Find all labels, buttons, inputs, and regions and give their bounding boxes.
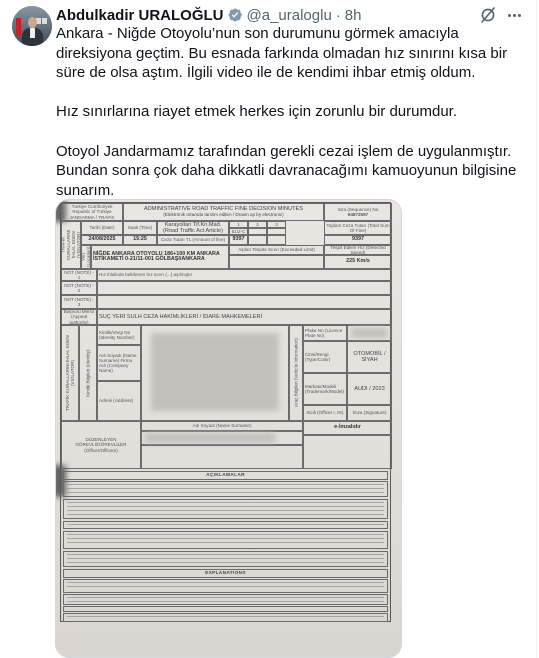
total-label: Toplam Ceza Tutarı (Total Sum Of Fine) (324, 221, 392, 235)
type-value: OTOMOBİL / SİYAH (347, 341, 392, 373)
tweet-paragraph: Ankara - Niğde Otoyolu’nun son durumunu … (56, 24, 526, 83)
fine-form: Türkiye CumhuriyetiRepublic of TürkiyeJA… (60, 202, 391, 622)
document-paper: Türkiye CumhuriyetiRepublic of TürkiyeJA… (56, 200, 401, 657)
note1-value: Hız ihlalinde belirlenen hız sınırı (...… (97, 269, 392, 281)
date-label: Tarihi (Date) (81, 221, 123, 235)
officer-label: DÜZENLEYEN GÖREVLİ/GÖREVLİLER (Officer/O… (61, 421, 141, 469)
note3-label: NOT (NOTE) - 3 (61, 295, 97, 309)
flag-shape (16, 18, 21, 36)
vehicle-section-label: Araç Bilgileri (Vehicle Information) (289, 325, 303, 421)
brand-value: AUDI / 2023 (347, 373, 392, 405)
head-shape (28, 17, 37, 28)
article-col: 3 (267, 221, 286, 228)
form-side-label: TRAFİK KURALLARINI İHLAL EDEN (VIOLATOR) (61, 221, 81, 269)
explanation-paragraph (63, 499, 388, 519)
sicil-label: Sicili (Officer I. Nr) (303, 405, 347, 421)
signature-value: e-İmzalıdır (303, 421, 392, 435)
violator-section-label: TRAFİK KURALLARINI İHLAL EDEN (VIOLATOR) (61, 325, 79, 421)
explanations-tr-title: AÇIKLAMALAR (63, 471, 388, 480)
note1-label: NOT (NOTE) - 1 (61, 269, 97, 281)
plate-label: Plaka No (Licence Plate No) (303, 325, 347, 341)
type-label: Cinsi/Rengi (Type/Color) (303, 341, 347, 373)
appeal-value: SUÇ YERİ SULH CEZA HAKİMLİKLERİ / İDARE … (97, 309, 392, 325)
author-avatar[interactable] (12, 6, 52, 46)
explanation-paragraph (63, 481, 388, 497)
fine-empty (248, 235, 267, 245)
dot-shape (513, 14, 516, 17)
tweet-paragraph: Otoyol Jandarmamız tarafından gerekli ce… (56, 142, 526, 201)
name-label: Adı Soyadı (Name Surname) Firma Adı (Com… (97, 345, 141, 381)
speed-value: 225 Km/s (324, 255, 392, 269)
explanation-paragraph (63, 521, 388, 529)
explanation-paragraph (63, 551, 388, 567)
article-empty (248, 228, 267, 235)
explanation-paragraph (63, 594, 388, 605)
explanation-paragraph (63, 579, 388, 593)
dot-shape (518, 14, 521, 17)
article-empty (267, 228, 286, 235)
verified-badge-icon[interactable] (227, 7, 243, 23)
identity-section-label: Kimlik Bilgileri (Identity) (79, 325, 97, 421)
explanation-paragraph (63, 606, 388, 612)
fine-empty (267, 235, 286, 245)
plate-blur (351, 328, 388, 338)
redaction-blur (151, 333, 279, 411)
note3-value (97, 295, 392, 309)
explanation-paragraph (63, 613, 388, 622)
note2-label: NOT (NOTE) - 2 (61, 281, 97, 295)
separator-dot: · (336, 7, 341, 24)
article-col: 1 (229, 221, 248, 228)
shirt-shape (30, 28, 35, 38)
tweet-timestamp[interactable]: 8h (345, 7, 362, 24)
brand-label: Markası/Modeli (Trademark/Model) (303, 373, 347, 405)
officer-empty (141, 445, 303, 469)
article-value: 51/2-C (229, 228, 248, 235)
appeal-label: Başvuru Mercii (Appeal authority) (61, 309, 97, 325)
timeline-border (536, 0, 537, 658)
form-title: ADMINISTRATIVE ROAD TRAFFIC FINE DECISIO… (123, 203, 324, 221)
time-label: Saati (Time) (123, 221, 157, 235)
speed-limit-label: Aşılan Tespite Sınırı (Exceeded Limit) (229, 245, 324, 255)
identity-label: Kimlik/Vergi No (Identity Number) (97, 325, 141, 345)
time-value: 15:25 (123, 235, 157, 245)
sequence-cell: Sıra (Sequence) No94872597 (324, 203, 392, 221)
speed-label: Tespit Edilen Hız (Detected Speed) (324, 245, 392, 255)
dot-shape (508, 14, 511, 17)
tweet-text: Ankara - Niğde Otoyolu’nun son durumunu … (56, 24, 526, 200)
location-value: NİĞDE ANKARA OTOYOLU 186+100 KM ANKARA İ… (91, 245, 229, 269)
fine-value: 9397 (229, 235, 248, 245)
fine-label: Ceza Tutarı TL (Amount of fine) (157, 235, 229, 245)
frame-shape (42, 18, 47, 24)
explanation-paragraph (63, 531, 388, 549)
tweet-header: Abdulkadir URALOĞLU @a_uraloglu · 8h (56, 5, 361, 25)
address-label: Adresi (Address) (97, 381, 141, 421)
article-col: 2 (248, 221, 267, 228)
author-display-name[interactable]: Abdulkadir URALOĞLU (56, 7, 224, 24)
tweet-photo[interactable]: Türkiye CumhuriyetiRepublic of TürkiyeJA… (55, 199, 402, 658)
note2-value (97, 281, 392, 295)
total-value: 9397 (324, 235, 392, 245)
officer-blur (145, 433, 275, 443)
author-handle[interactable]: @a_uraloglu (247, 7, 332, 24)
date-value: 24/08/2025 (81, 235, 123, 245)
location-label: Yeri (Location) (81, 245, 91, 269)
more-options-icon[interactable] (502, 5, 526, 25)
officer-name-label: Adı Soyadı (Name Surname) (141, 421, 303, 431)
signature-empty (303, 435, 392, 469)
form-country-cell: Türkiye CumhuriyetiRepublic of TürkiyeJA… (61, 203, 123, 221)
grok-icon[interactable] (478, 5, 498, 25)
explanations-en-title: EXPLANATIONS (63, 569, 388, 578)
speed-limit-value (229, 255, 324, 269)
signature-label: İmza (Signature) (347, 405, 392, 421)
article-label: Karayolları Tif.Kn.Mad. (Road Traffic Ac… (157, 221, 229, 235)
tweet-paragraph: Hız sınırlarına riayet etmek herkes için… (56, 102, 526, 122)
